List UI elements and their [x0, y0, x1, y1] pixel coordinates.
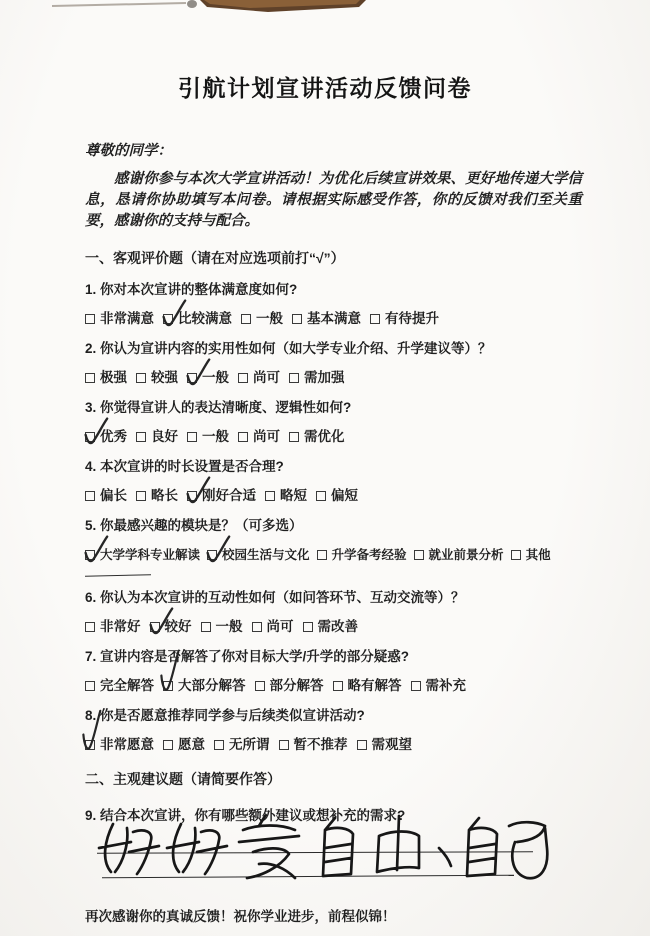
option-label: 大部分解答: [178, 678, 246, 694]
question-title: 2. 你认为宣讲内容的实用性如何（如大学专业介绍、升学建议等）？: [85, 340, 582, 357]
option-item: 需观望: [357, 737, 413, 753]
options-row: 极强较强一般尚可需加强: [85, 370, 582, 386]
checkbox-icon: [201, 622, 211, 632]
option-item: 愿意: [163, 737, 205, 753]
question-text: 宣讲内容是否解答了你对目标大学/升学的部分疑惑?: [100, 649, 409, 664]
question-text: 你最感兴趣的模块是？（可多选）: [100, 518, 303, 533]
checkbox-icon: [163, 740, 173, 750]
option-item: 偏短: [316, 488, 358, 504]
handwritten-checkmark-icon: [147, 606, 174, 640]
question-text: 你对本次宣讲的整体满意度如何?: [100, 282, 297, 297]
question-block: 2. 你认为宣讲内容的实用性如何（如大学专业介绍、升学建议等）？ 极强较强一般尚…: [85, 340, 582, 386]
option-label: 需补充: [426, 678, 467, 694]
option-item: 就业前景分析: [414, 547, 504, 563]
option-label: 校园生活与文化: [222, 547, 310, 563]
question-number: 4.: [85, 459, 96, 474]
option-item: 尚可: [238, 370, 280, 386]
checkbox-icon: [411, 681, 421, 691]
option-label: 无所谓: [229, 737, 270, 753]
option-label: 需优化: [304, 429, 345, 445]
option-label: 偏长: [100, 488, 127, 504]
option-label: 部分解答: [270, 678, 324, 694]
option-item: 升学备考经验: [317, 547, 407, 563]
option-item: 尚可: [238, 429, 280, 445]
small-object-icon: [187, 0, 197, 8]
question-number: 7.: [85, 649, 96, 664]
option-item: 校园生活与文化: [207, 547, 310, 563]
option-item: 非常愿意: [85, 737, 154, 753]
checkbox-icon: [414, 550, 424, 560]
option-label: 极强: [100, 370, 127, 386]
option-label: 大学学科专业解读: [100, 547, 200, 563]
option-item: 非常满意: [85, 311, 154, 327]
option-label: 一般: [202, 429, 229, 445]
checkbox-icon: [370, 314, 380, 324]
answer-lines-area: [85, 830, 582, 894]
option-item: 暂不推荐: [279, 737, 348, 753]
question-number: 5.: [85, 518, 96, 533]
option-item: 基本满意: [292, 311, 361, 327]
checkbox-icon: [511, 550, 521, 560]
closing-line: 再次感谢你的真诚反馈！祝你学业进步，前程似锦！: [85, 905, 582, 925]
option-label: 一般: [256, 311, 283, 327]
checkbox-icon: [85, 622, 95, 632]
option-item: 其他: [511, 547, 551, 563]
question-block: 8. 你是否愿意推荐同学参与后续类似宣讲活动? 非常愿意愿意无所谓暂不推荐需观望: [85, 707, 582, 753]
option-item: 良好: [136, 429, 178, 445]
checkbox-icon: [85, 491, 95, 501]
question-title: 4. 本次宣讲的时长设置是否合理?: [85, 458, 582, 475]
checkbox-icon: [150, 622, 160, 632]
option-item: 非常好: [85, 619, 141, 635]
question-block: 3. 你觉得宣讲人的表达清晰度、逻辑性如何? 优秀良好一般尚可需优化: [85, 399, 582, 445]
option-item: 需优化: [289, 429, 345, 445]
option-item: 无所谓: [214, 737, 270, 753]
checkbox-icon: [85, 373, 95, 383]
option-item: 较强: [136, 370, 178, 386]
handwritten-checkmark-icon: [82, 534, 109, 568]
checkbox-icon: [214, 740, 224, 750]
option-label: 非常满意: [100, 311, 154, 327]
option-item: 略短: [265, 488, 307, 504]
checkbox-icon: [238, 373, 248, 383]
checkbox-icon: [255, 681, 265, 691]
checkbox-icon: [317, 550, 327, 560]
checkbox-icon: [187, 491, 197, 501]
questions-list: 1. 你对本次宣讲的整体满意度如何? 非常满意比较满意一般基本满意有待提升 2.…: [85, 281, 582, 753]
option-item: 大部分解答: [163, 678, 246, 694]
question-text: 你是否愿意推荐同学参与后续类似宣讲活动?: [100, 708, 365, 723]
checkbox-icon: [238, 432, 248, 442]
option-item: 大学学科专业解读: [85, 547, 200, 563]
question-title: 1. 你对本次宣讲的整体满意度如何?: [85, 281, 582, 298]
greeting-line: 尊敬的同学：: [85, 139, 582, 160]
option-label: 较强: [151, 370, 178, 386]
option-label: 升学备考经验: [332, 547, 407, 563]
question-title: 3. 你觉得宣讲人的表达清晰度、逻辑性如何?: [85, 399, 582, 416]
option-item: 偏长: [85, 488, 127, 504]
option-label: 一般: [216, 619, 243, 635]
checkbox-icon: [289, 432, 299, 442]
option-label: 就业前景分析: [429, 547, 504, 563]
option-item: 比较满意: [163, 311, 232, 327]
question-title: 5. 你最感兴趣的模块是？（可多选）: [85, 517, 582, 534]
question-block: 5. 你最感兴趣的模块是？（可多选） 大学学科专业解读校园生活与文化升学备考经验…: [85, 517, 582, 576]
checkbox-icon: [85, 432, 95, 442]
checkbox-icon: [265, 491, 275, 501]
option-label: 尚可: [253, 370, 280, 386]
options-row: 非常愿意愿意无所谓暂不推荐需观望: [85, 737, 582, 753]
option-item: 刚好合适: [187, 488, 256, 504]
checkbox-icon: [303, 622, 313, 632]
question-number: 2.: [85, 341, 96, 356]
options-row: 优秀良好一般尚可需优化: [85, 429, 582, 445]
option-item: 需补充: [411, 678, 467, 694]
question-block: 4. 本次宣讲的时长设置是否合理? 偏长略长刚好合适略短偏短: [85, 458, 582, 504]
option-label: 偏短: [331, 488, 358, 504]
option-label: 其他: [526, 547, 551, 563]
option-label: 非常愿意: [100, 737, 154, 753]
desk-edge-photo-artifact: [0, 0, 650, 18]
checkbox-icon: [85, 681, 95, 691]
option-item: 一般: [187, 370, 229, 386]
option-item: 一般: [241, 311, 283, 327]
options-row: 大学学科专业解读校园生活与文化升学备考经验就业前景分析其他: [85, 547, 582, 563]
option-label: 尚可: [267, 619, 294, 635]
checkbox-icon: [357, 740, 367, 750]
question-title: 8. 你是否愿意推荐同学参与后续类似宣讲活动?: [85, 707, 582, 724]
option-item: 优秀: [85, 429, 127, 445]
checkbox-icon: [163, 314, 173, 324]
option-label: 需改善: [318, 619, 359, 635]
handwritten-checkmark-icon: [160, 298, 187, 332]
option-label: 非常好: [100, 619, 141, 635]
question-number: 3.: [85, 400, 96, 415]
handwritten-checkmark-icon: [184, 475, 211, 509]
checkbox-icon: [316, 491, 326, 501]
section2-heading: 二、主观建议题（请简要作答）: [85, 769, 582, 789]
option-label: 尚可: [253, 429, 280, 445]
question-number: 6.: [85, 590, 96, 605]
checkbox-icon: [136, 491, 146, 501]
option-label: 完全解答: [100, 678, 154, 694]
paper-edge-line: [52, 3, 186, 6]
checkbox-icon: [279, 740, 289, 750]
checkbox-icon: [85, 740, 95, 750]
intro-paragraph: 感谢你参与本次大学宣讲活动！为优化后续宣讲效果、更好地传递大学信息，恳请你协助填…: [85, 169, 582, 232]
checkbox-icon: [289, 373, 299, 383]
option-item: 略长: [136, 488, 178, 504]
handwritten-answer: [91, 814, 561, 894]
option-label: 基本满意: [307, 311, 361, 327]
option-label: 有待提升: [385, 311, 439, 327]
question-block: 7. 宣讲内容是否解答了你对目标大学/升学的部分疑惑? 完全解答大部分解答部分解…: [85, 648, 582, 694]
checkbox-icon: [187, 432, 197, 442]
option-label: 需加强: [304, 370, 345, 386]
handwritten-checkmark-icon: [158, 647, 180, 699]
scanned-paper-page: 引航计划宣讲活动反馈问卷 尊敬的同学： 感谢你参与本次大学宣讲活动！为优化后续宣…: [0, 0, 650, 936]
option-label: 略长: [151, 488, 178, 504]
option-item: 部分解答: [255, 678, 324, 694]
option-item: 一般: [201, 619, 243, 635]
options-row: 非常满意比较满意一般基本满意有待提升: [85, 311, 582, 327]
question-text: 你认为本次宣讲的互动性如何（如问答环节、互动交流等）？: [100, 590, 465, 605]
handwritten-checkmark-icon: [204, 534, 231, 568]
question-number: 1.: [85, 282, 96, 297]
option-item: 需加强: [289, 370, 345, 386]
section1-heading: 一、客观评价题（请在对应选项前打“√”）: [85, 248, 582, 268]
question-text: 你认为宣讲内容的实用性如何（如大学专业介绍、升学建议等）？: [100, 341, 492, 356]
option-label: 良好: [151, 429, 178, 445]
options-row: 非常好较好一般尚可需改善: [85, 619, 582, 635]
options-row: 完全解答大部分解答部分解答略有解答需补充: [85, 678, 582, 694]
question-block: 1. 你对本次宣讲的整体满意度如何? 非常满意比较满意一般基本满意有待提升: [85, 281, 582, 327]
option-label: 愿意: [178, 737, 205, 753]
form-content: 尊敬的同学： 感谢你参与本次大学宣讲活动！为优化后续宣讲效果、更好地传递大学信息…: [85, 139, 582, 925]
checkbox-icon: [85, 550, 95, 560]
option-item: 尚可: [252, 619, 294, 635]
option-item: 略有解答: [333, 678, 402, 694]
checkbox-icon: [85, 314, 95, 324]
option-item: 一般: [187, 429, 229, 445]
option-item: 需改善: [303, 619, 359, 635]
option-label: 需观望: [372, 737, 413, 753]
question-block: 6. 你认为本次宣讲的互动性如何（如问答环节、互动交流等）？ 非常好较好一般尚可…: [85, 589, 582, 635]
question-text: 你觉得宣讲人的表达清晰度、逻辑性如何?: [100, 400, 351, 415]
checkbox-icon: [207, 550, 217, 560]
question-title: 6. 你认为本次宣讲的互动性如何（如问答环节、互动交流等）？: [85, 589, 582, 606]
page-title: 引航计划宣讲活动反馈问卷: [0, 70, 650, 103]
checkbox-icon: [136, 373, 146, 383]
option-label: 暂不推荐: [294, 737, 348, 753]
checkbox-icon: [136, 432, 146, 442]
other-option-blank-line: [85, 574, 151, 577]
checkbox-icon: [187, 373, 197, 383]
checkbox-icon: [163, 681, 173, 691]
checkbox-icon: [292, 314, 302, 324]
handwritten-checkmark-icon: [80, 706, 102, 758]
option-label: 略有解答: [348, 678, 402, 694]
option-label: 略短: [280, 488, 307, 504]
handwritten-checkmark-icon: [82, 416, 109, 450]
option-item: 有待提升: [370, 311, 439, 327]
options-row: 偏长略长刚好合适略短偏短: [85, 488, 582, 504]
handwritten-checkmark-icon: [184, 357, 211, 391]
checkbox-icon: [241, 314, 251, 324]
question-text: 本次宣讲的时长设置是否合理?: [100, 459, 284, 474]
option-item: 较好: [150, 619, 192, 635]
option-item: 极强: [85, 370, 127, 386]
checkbox-icon: [333, 681, 343, 691]
checkbox-icon: [252, 622, 262, 632]
option-item: 完全解答: [85, 678, 154, 694]
